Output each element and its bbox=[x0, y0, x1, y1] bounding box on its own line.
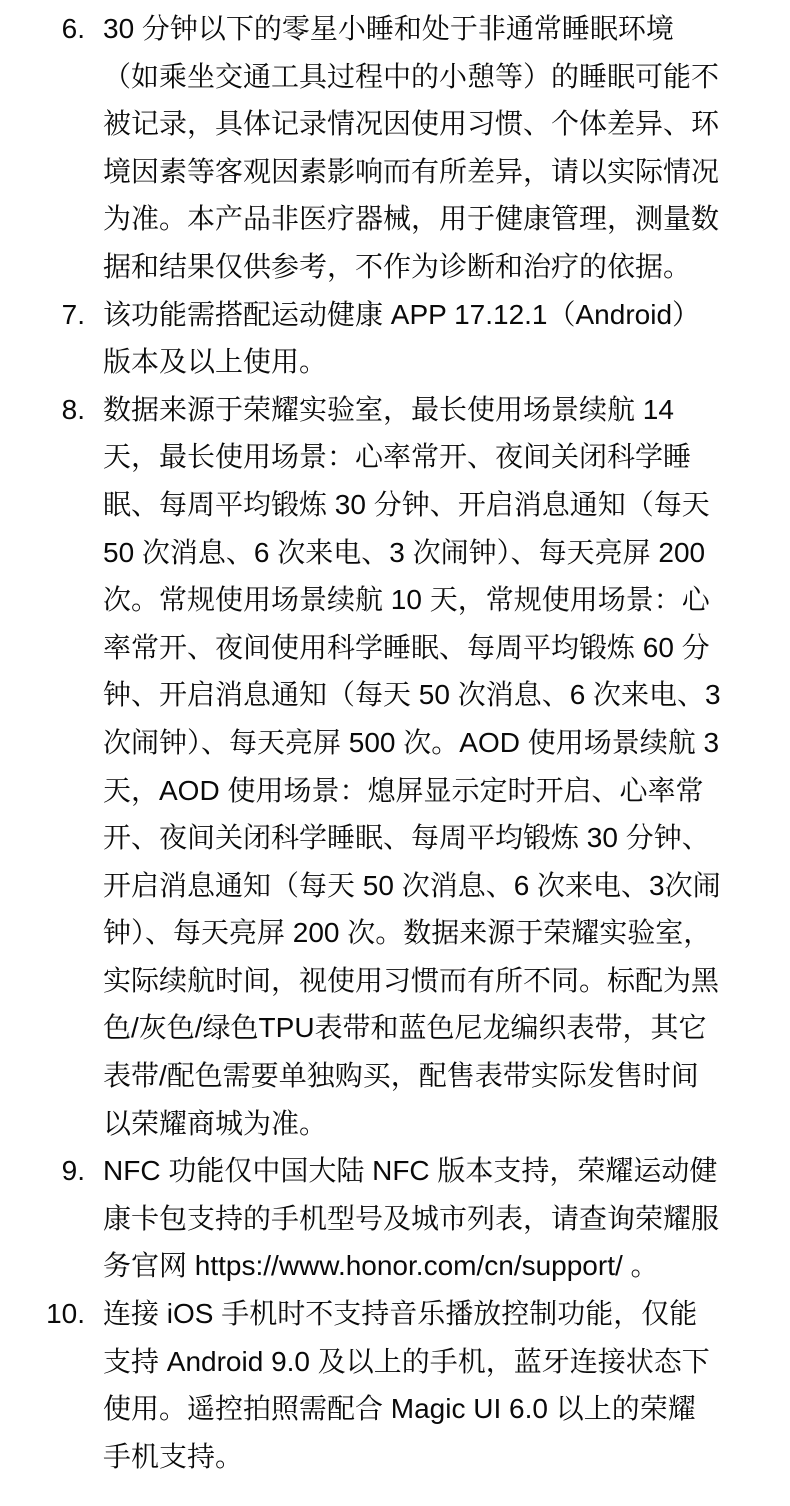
note-text: NFC 功能仅中国大陆 NFC 版本支持，荣耀运动健康卡包支持的手机型号及城市列… bbox=[103, 1147, 723, 1290]
note-text: 数据来源于荣耀实验室，最长使用场景续航 14 天，最长使用场景：心率常开、夜间关… bbox=[103, 386, 723, 1148]
note-number: 9. bbox=[0, 1147, 85, 1195]
note-item: 10. 连接 iOS 手机时不支持音乐播放控制功能，仅能支持 Android 9… bbox=[0, 1290, 790, 1480]
note-number: 6. bbox=[0, 5, 85, 53]
note-number: 10. bbox=[0, 1290, 85, 1338]
page: 6. 30 分钟以下的零星小睡和处于非通常睡眠环境（如乘坐交通工具过程中的小憩等… bbox=[0, 0, 790, 1506]
note-text: 该功能需搭配运动健康 APP 17.12.1（Android）版本及以上使用。 bbox=[103, 291, 723, 386]
note-item: 8. 数据来源于荣耀实验室，最长使用场景续航 14 天，最长使用场景：心率常开、… bbox=[0, 386, 790, 1148]
note-item: 7. 该功能需搭配运动健康 APP 17.12.1（Android）版本及以上使… bbox=[0, 291, 790, 386]
note-item: 6. 30 分钟以下的零星小睡和处于非通常睡眠环境（如乘坐交通工具过程中的小憩等… bbox=[0, 5, 790, 291]
note-number: 8. bbox=[0, 386, 85, 434]
note-item: 9. NFC 功能仅中国大陆 NFC 版本支持，荣耀运动健康卡包支持的手机型号及… bbox=[0, 1147, 790, 1290]
notes-list: 6. 30 分钟以下的零星小睡和处于非通常睡眠环境（如乘坐交通工具过程中的小憩等… bbox=[0, 5, 790, 1480]
note-text: 30 分钟以下的零星小睡和处于非通常睡眠环境（如乘坐交通工具过程中的小憩等）的睡… bbox=[103, 5, 723, 291]
note-text: 连接 iOS 手机时不支持音乐播放控制功能，仅能支持 Android 9.0 及… bbox=[103, 1290, 723, 1480]
note-number: 7. bbox=[0, 291, 85, 339]
